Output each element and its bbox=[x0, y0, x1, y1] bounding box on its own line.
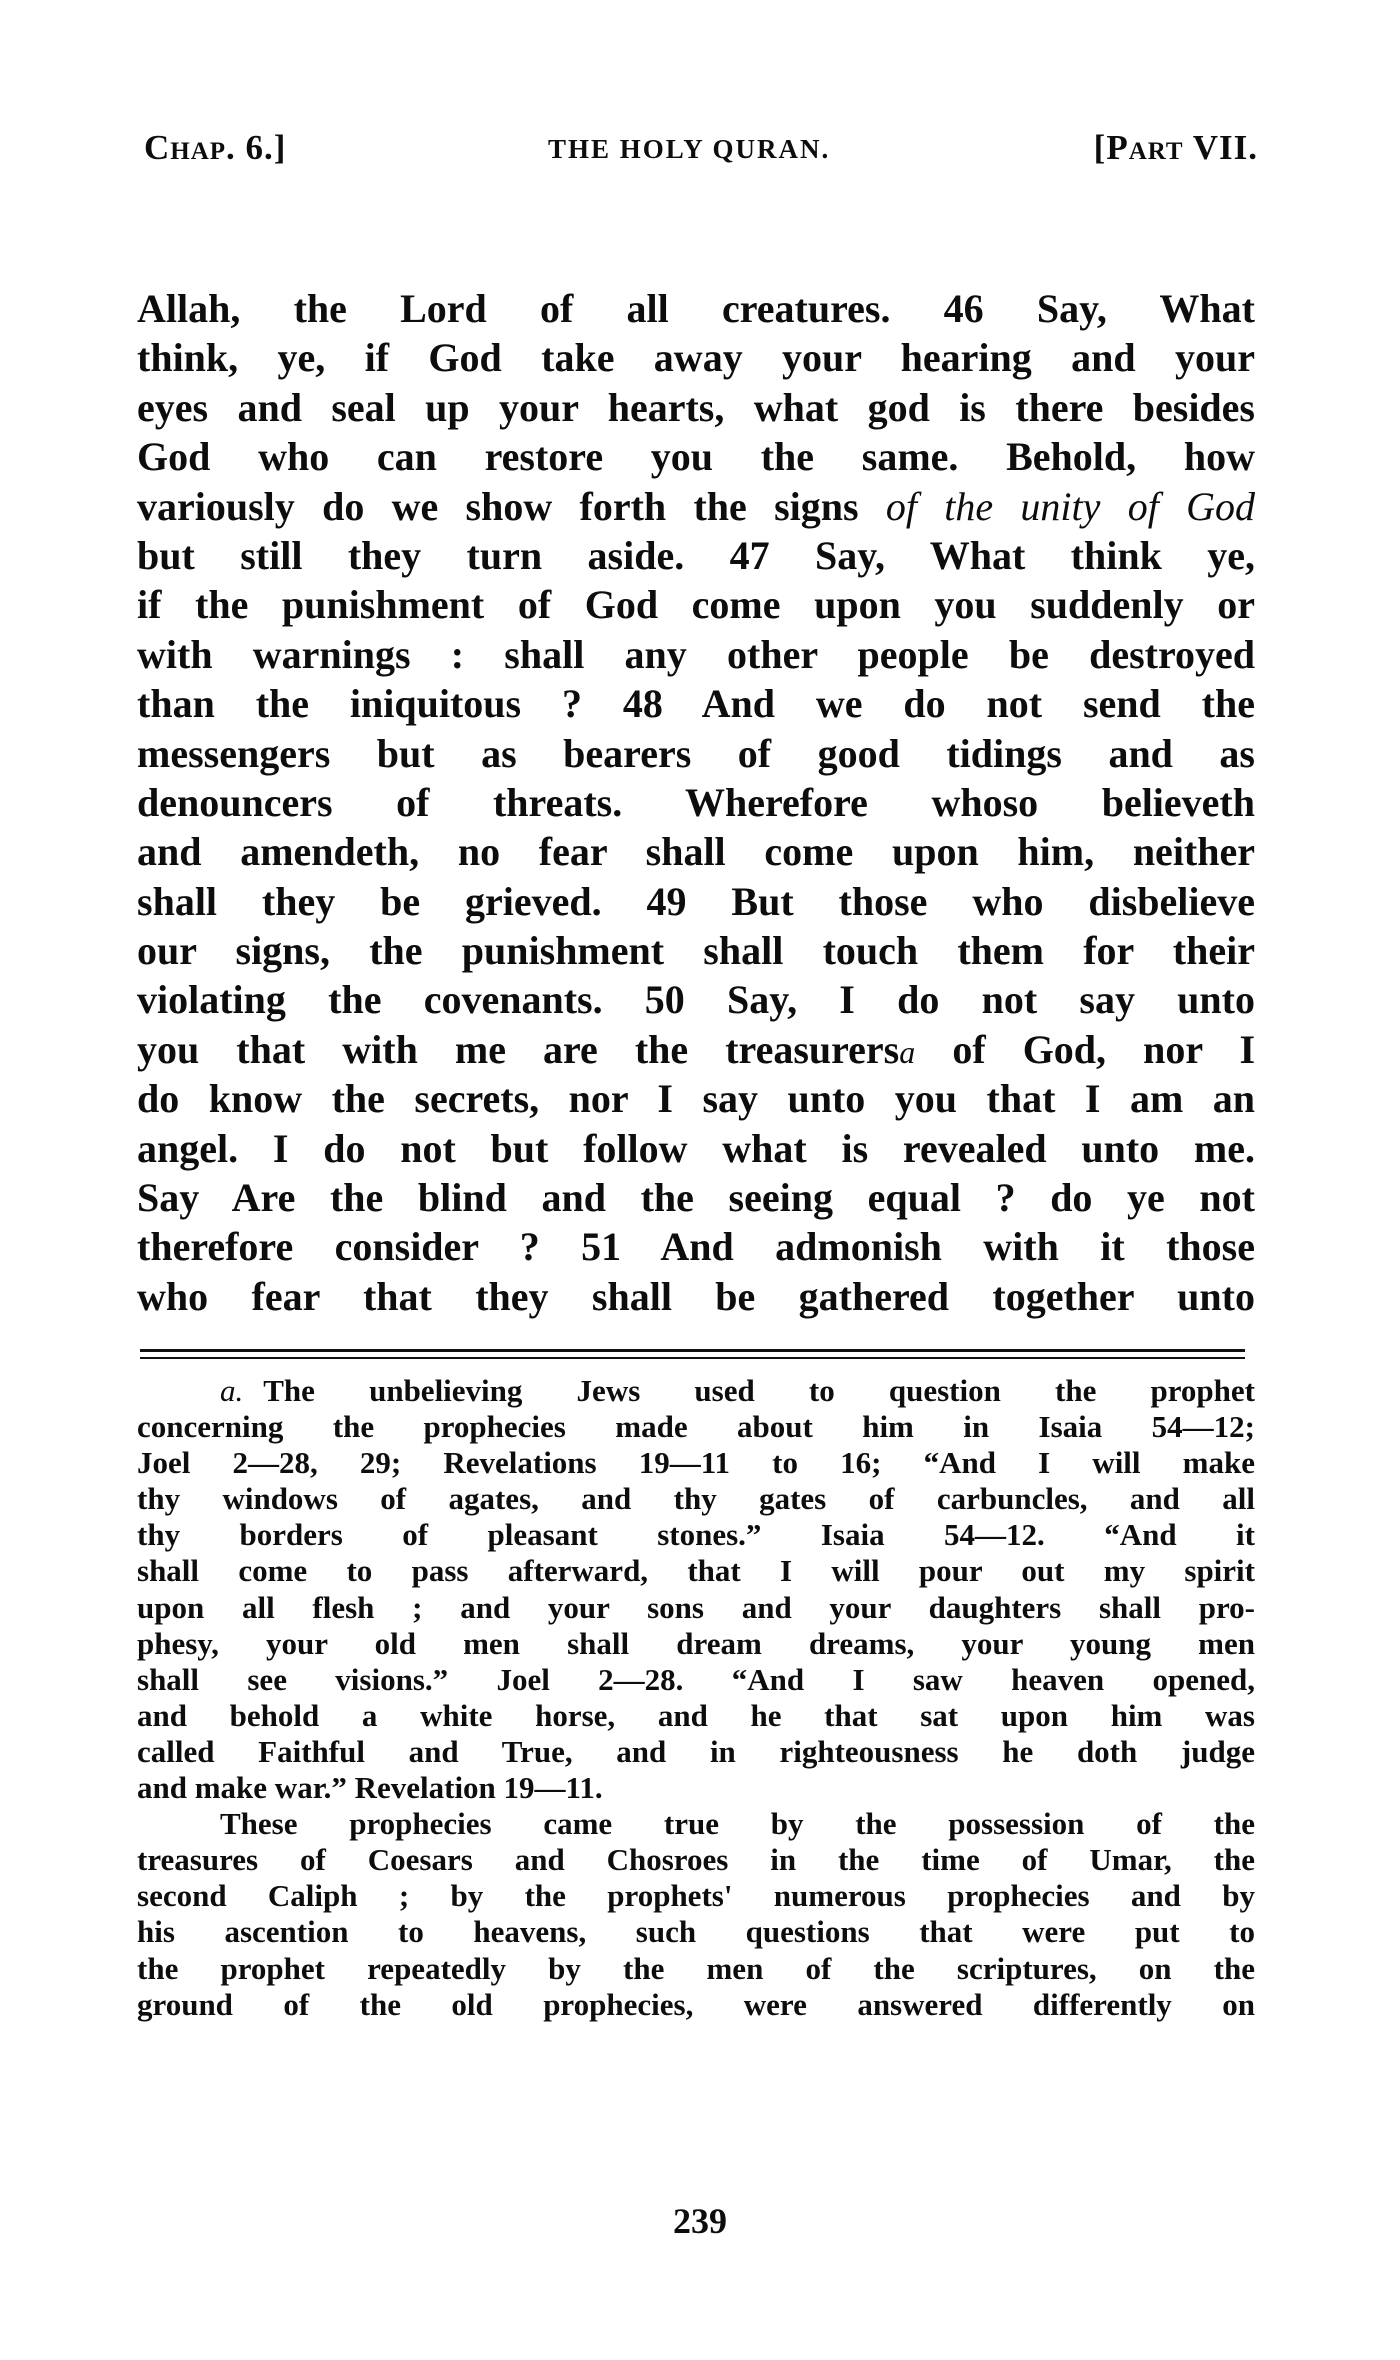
text-fragment: variously do we show forth the signs bbox=[137, 484, 859, 529]
book-title: THE HOLY QURAN. bbox=[548, 134, 830, 165]
text-fragment: you that with me are the treasurers bbox=[137, 1027, 899, 1072]
text-fragment: of God, nor I bbox=[952, 1027, 1255, 1072]
text-line: you that with me are the treasurersa of … bbox=[137, 1025, 1255, 1074]
running-head: Chap. 6.] THE HOLY QURAN. [Part VII. bbox=[140, 128, 1258, 176]
page-number: 239 bbox=[0, 2200, 1400, 2242]
part-label: [Part VII. bbox=[1094, 128, 1258, 168]
footnote-line: Joel 2—28, 29; Revelations 19—11 to 16; … bbox=[137, 1445, 1255, 1481]
text-line: than the iniquitous ? 48 And we do not s… bbox=[137, 679, 1255, 728]
text-line: messengers but as bearers of good tiding… bbox=[137, 729, 1255, 778]
text-line: but still they turn aside. 47 Say, What … bbox=[137, 531, 1255, 580]
footnote-line: concerning the prophecies made about him… bbox=[137, 1409, 1255, 1445]
text-line: therefore consider ? 51 And admonish wit… bbox=[137, 1222, 1255, 1271]
footnote-line: called Faithful and True, and in righteo… bbox=[137, 1734, 1255, 1770]
footnote: a.The unbelieving Jews used to question … bbox=[137, 1373, 1255, 2023]
footnote-line: a.The unbelieving Jews used to question … bbox=[137, 1373, 1255, 1409]
text-line: violating the covenants. 50 Say, I do no… bbox=[137, 975, 1255, 1024]
footnote-line: and behold a white horse, and he that sa… bbox=[137, 1698, 1255, 1734]
footnote-mark: a. bbox=[220, 1373, 243, 1408]
text-line: if the punishment of God come upon you s… bbox=[137, 580, 1255, 629]
footnote-reference[interactable]: a bbox=[899, 1034, 915, 1070]
footnote-line: his ascention to heavens, such questions… bbox=[137, 1914, 1255, 1950]
footnote-divider bbox=[140, 1349, 1245, 1352]
text-line: God who can restore you the same. Behold… bbox=[137, 432, 1255, 481]
footnote-line: shall see visions.” Joel 2—28. “And I sa… bbox=[137, 1662, 1255, 1698]
text-line: Say Are the blind and the seeing equal ?… bbox=[137, 1173, 1255, 1222]
text-line: variously do we show forth the signs of … bbox=[137, 482, 1255, 531]
text-line: think, ye, if God take away your hearing… bbox=[137, 333, 1255, 382]
footnote-line: the prophet repeatedly by the men of the… bbox=[137, 1951, 1255, 1987]
text-line: eyes and seal up your hearts, what god i… bbox=[137, 383, 1255, 432]
footnote-line: phesy, your old men shall dream dreams, … bbox=[137, 1626, 1255, 1662]
italic-phrase: of the unity of God bbox=[886, 484, 1255, 529]
chapter-label: Chap. 6.] bbox=[144, 128, 286, 168]
text-fragment: The unbelieving Jews used to question th… bbox=[263, 1373, 1255, 1408]
text-line: angel. I do not but follow what is revea… bbox=[137, 1124, 1255, 1173]
text-line: denouncers of threats. Wherefore whoso b… bbox=[137, 778, 1255, 827]
footnote-line: ground of the old prophecies, were answe… bbox=[137, 1987, 1255, 2023]
text-line: our signs, the punishment shall touch th… bbox=[137, 926, 1255, 975]
text-line: shall they be grieved. 49 But those who … bbox=[137, 877, 1255, 926]
main-text: Allah, the Lord of all creatures. 46 Say… bbox=[137, 284, 1255, 1321]
footnote-line: thy windows of agates, and thy gates of … bbox=[137, 1481, 1255, 1517]
footnote-line: shall come to pass afterward, that I wil… bbox=[137, 1553, 1255, 1589]
text-line: who fear that they shall be gathered tog… bbox=[137, 1272, 1255, 1321]
text-line: and amendeth, no fear shall come upon hi… bbox=[137, 827, 1255, 876]
footnote-line: These prophecies came true by the posses… bbox=[137, 1806, 1255, 1842]
text-line: with warnings : shall any other people b… bbox=[137, 630, 1255, 679]
footnote-line: treasures of Coesars and Chosroes in the… bbox=[137, 1842, 1255, 1878]
footnote-divider bbox=[140, 1357, 1245, 1359]
text-line: Allah, the Lord of all creatures. 46 Say… bbox=[137, 284, 1255, 333]
footnote-line: second Caliph ; by the prophets' numerou… bbox=[137, 1878, 1255, 1914]
footnote-line: and make war.” Revelation 19—11. bbox=[137, 1770, 1255, 1806]
footnote-line: thy borders of pleasant stones.” Isaia 5… bbox=[137, 1517, 1255, 1553]
text-line: do know the secrets, nor I say unto you … bbox=[137, 1074, 1255, 1123]
footnote-line: upon all flesh ; and your sons and your … bbox=[137, 1590, 1255, 1626]
